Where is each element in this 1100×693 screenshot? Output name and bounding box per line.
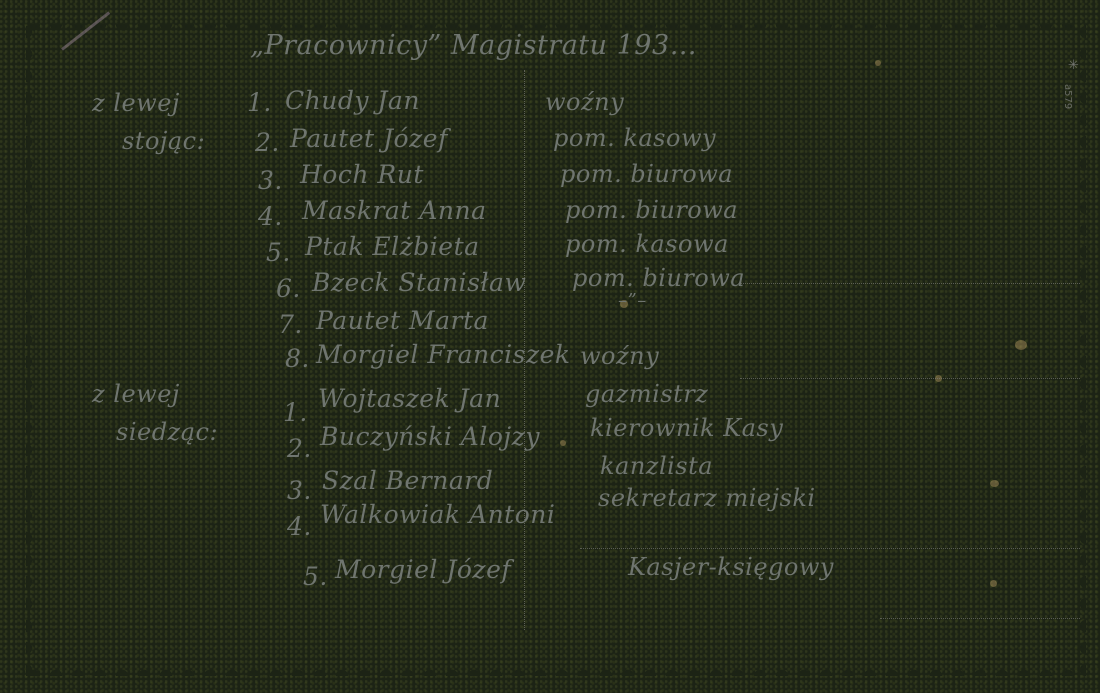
address-line-1 <box>740 283 1080 284</box>
group-label-line1: z lewej <box>92 375 218 413</box>
item-number: 1. <box>283 398 308 427</box>
item-number: 1. <box>247 88 272 117</box>
scalloped-edge-left <box>26 24 36 676</box>
printed-asterisk-icon: ✳ <box>1068 58 1079 73</box>
foxing-spot <box>990 580 997 587</box>
person-name: Szal Bernard <box>322 466 493 495</box>
person-name: Chudy Jan <box>285 86 420 115</box>
item-number: 2. <box>255 128 280 157</box>
item-number: 8. <box>285 344 310 373</box>
scalloped-edge-right <box>1076 24 1086 676</box>
person-role: –”– <box>618 290 647 311</box>
person-role: woźny <box>580 342 659 370</box>
foxing-spot <box>875 60 881 66</box>
group-label-standing: z lewej stojąc: <box>92 84 205 160</box>
item-number: 4. <box>258 202 283 231</box>
item-number: 7. <box>278 310 303 339</box>
group-label-line1: z lewej <box>92 84 205 122</box>
person-role: woźny <box>545 88 624 116</box>
person-role: pom. biurowa <box>572 264 745 292</box>
person-name: Wojtaszek Jan <box>318 384 501 413</box>
address-line-4 <box>880 618 1080 619</box>
scalloped-edge-bottom <box>26 666 1086 676</box>
person-role: Kasjer-księgowy <box>628 553 834 581</box>
person-role: pom. kasowy <box>553 124 716 152</box>
item-number: 3. <box>258 166 283 195</box>
person-name: Bzeck Stanisław <box>312 268 526 297</box>
item-number: 6. <box>276 274 301 303</box>
item-number: 5. <box>303 562 328 591</box>
person-name: Maskrat Anna <box>302 196 487 225</box>
address-line-2 <box>740 378 1080 379</box>
person-name: Ptak Elżbieta <box>305 232 480 261</box>
foxing-spot <box>990 480 999 487</box>
item-number: 5. <box>266 238 291 267</box>
person-name: Walkowiak Antoni <box>320 500 555 529</box>
person-name: Buczyński Alojzy <box>320 422 540 451</box>
person-role: kierownik Kasy <box>590 414 783 442</box>
person-role: gazmistrz <box>585 380 708 408</box>
person-role: pom. kasowa <box>565 230 729 258</box>
item-number: 4. <box>287 512 312 541</box>
person-name: Pautet Marta <box>316 306 489 335</box>
person-name: Morgiel Józef <box>335 555 511 584</box>
document-title: „Pracownicy” Magistratu 193… <box>250 30 697 61</box>
foxing-spot <box>1015 340 1027 350</box>
person-name: Morgiel Franciszek <box>316 340 571 369</box>
group-label-line2: siedząc: <box>92 413 218 451</box>
person-role: kanzlista <box>600 452 713 480</box>
person-role: pom. biurowa <box>565 196 738 224</box>
person-name: Hoch Rut <box>300 160 424 189</box>
group-label-sitting: z lewej siedząc: <box>92 375 218 451</box>
foxing-spot <box>560 440 566 446</box>
group-label-line2: stojąc: <box>92 122 205 160</box>
person-role: pom. biurowa <box>560 160 733 188</box>
person-role: sekretarz miejski <box>598 484 816 512</box>
printed-code: a579 <box>1062 84 1073 109</box>
item-number: 2. <box>287 434 312 463</box>
person-name: Pautet Józef <box>290 124 448 153</box>
item-number: 3. <box>287 476 312 505</box>
address-line-3 <box>580 548 1080 549</box>
